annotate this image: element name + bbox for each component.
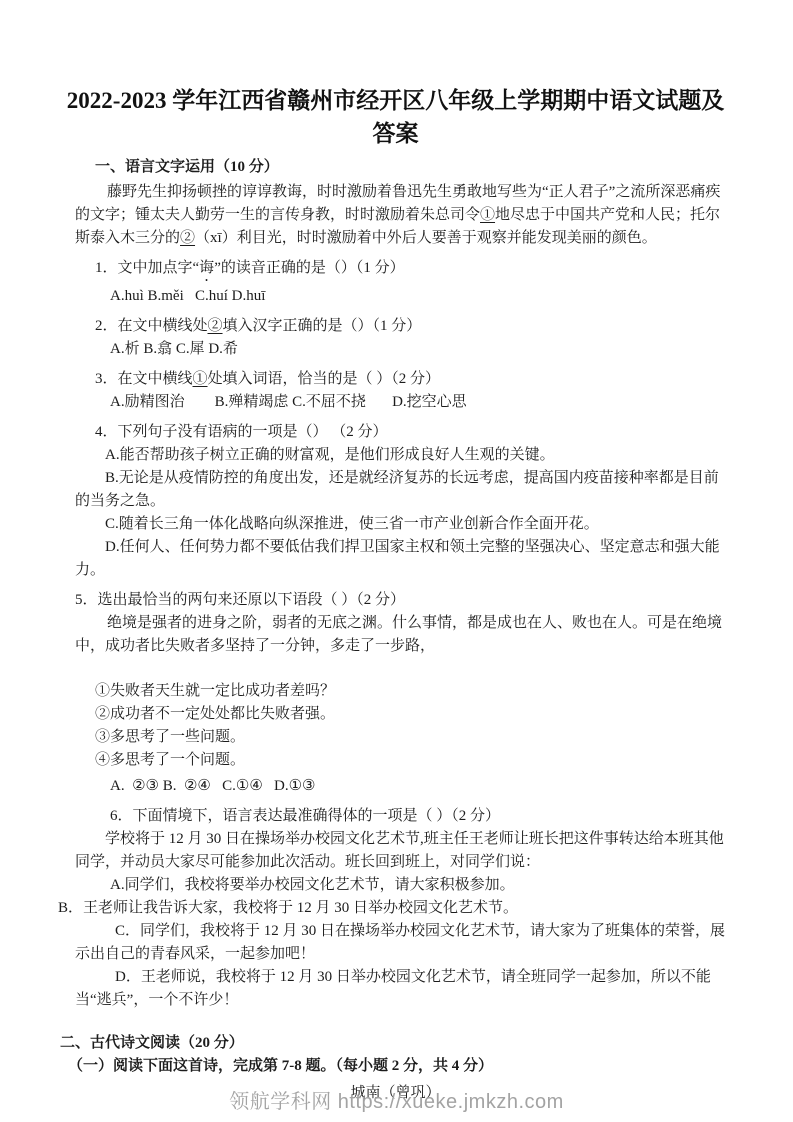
question-3-stem-post: 处填入词语，恰当的是（ ）（2 分） xyxy=(208,371,441,387)
question-6-passage: 学校将于 12 月 30 日在操场举办校园文化艺术节,班主任王老师让班长把这件事… xyxy=(75,828,733,874)
intro-paragraph: 藤野先生抑扬顿挫的谆谆教诲，时时激励着鲁迅先生勇敢地写些为“正人君子”之流所深恶… xyxy=(75,181,733,250)
document-page: 2022-2023 学年江西省赣州市经开区八年级上学期期中语文试题及答案 一、语… xyxy=(0,0,793,1122)
question-3: 3．在文中横线①处填入词语，恰当的是（ ）（2 分） A.励精图治 B.殚精竭虑… xyxy=(58,368,733,414)
question-5-item-3: ③多思考了一些问题。 xyxy=(95,726,733,749)
question-6-option-d: D．王老师说，我校将于 12 月 30 日举办校园文化艺术节，请全班同学一起参加… xyxy=(75,966,733,1012)
page-title: 2022-2023 学年江西省赣州市经开区八年级上学期期中语文试题及答案 xyxy=(64,84,727,150)
question-6-option-a: A.同学们，我校将要举办校园文化艺术节，请大家积极参加。 xyxy=(110,874,733,897)
question-5-item-1: ①失败者天生就一定比成功者差吗？ xyxy=(95,680,733,703)
question-2-blank: ② xyxy=(208,318,223,334)
question-3-options: A.励精图治 B.殚精竭虑 C.不屈不挠 D.挖空心思 xyxy=(110,391,733,414)
question-1-stem: 1．文中加点字“诲”的读音正确的是（）（1 分） xyxy=(95,257,733,285)
question-3-stem-pre: 3．在文中横线 xyxy=(95,371,193,387)
question-4-option-d: D.任何人、任何势力都不要低估我们捍卫国家主权和领土完整的坚强决心、坚定意志和强… xyxy=(75,536,733,582)
question-1-dotted-char: 诲 xyxy=(199,260,214,276)
question-5-item-2: ②成功者不一定处处都比失败者强。 xyxy=(95,703,733,726)
question-2-options: A.析 B.翕 C.犀 D.希 xyxy=(110,338,733,361)
question-3-stem: 3．在文中横线①处填入词语，恰当的是（ ）（2 分） xyxy=(95,368,733,391)
section2-heading: 二、古代诗文阅读（20 分） xyxy=(60,1032,733,1055)
watermark: 领航学科网 https://xueke.jmkzh.com xyxy=(0,1091,793,1114)
question-6-option-c: C．同学们，我校将于 12 月 30 日在操场举办校园文化艺术节，请大家为了班集… xyxy=(75,920,733,966)
section1-heading: 一、语言文字运用（10 分） xyxy=(95,156,733,179)
question-3-blank: ① xyxy=(193,371,208,387)
intro-blank-1: ① xyxy=(480,207,495,223)
question-2-stem: 2．在文中横线处②填入汉字正确的是（）（1 分） xyxy=(95,315,733,338)
question-1-options: A.huì B.měi C.huí D.huī xyxy=(110,285,733,308)
question-5-passage: 绝境是强者的进身之阶，弱者的无底之渊。什么事情，都是成也在人、败也在人。可是在绝… xyxy=(75,612,733,658)
question-6: 6．下面情境下，语言表达最准确得体的一项是（ ）（2 分） 学校将于 12 月 … xyxy=(58,805,733,1012)
section2-sub-heading: （一）阅读下面这首诗，完成第 7-8 题。（每小题 2 分，共 4 分） xyxy=(68,1055,733,1078)
question-1-stem-post: ”的读音正确的是（）（1 分） xyxy=(214,260,404,276)
question-1: 1．文中加点字“诲”的读音正确的是（）（1 分） A.huì B.měi C.h… xyxy=(58,257,733,308)
question-6-stem: 6．下面情境下，语言表达最准确得体的一项是（ ）（2 分） xyxy=(110,805,733,828)
question-5-item-4: ④多思考了一个问题。 xyxy=(95,749,733,772)
question-4-option-a: A.能否帮助孩子树立正确的财富观，是他们形成良好人生观的关键。 xyxy=(75,444,733,467)
question-2-stem-pre: 2．在文中横线处 xyxy=(95,318,208,334)
question-1-stem-pre: 1．文中加点字“ xyxy=(95,260,199,276)
question-6-option-b: B．王老师让我告诉大家，我校将于 12 月 30 日举办校园文化艺术节。 xyxy=(58,897,733,920)
intro-text-3: （xī）利目光，时时激励着中外后人要善于观察并能发现美丽的颜色。 xyxy=(195,230,657,246)
question-5-options: A. ②③ B. ②④ C.①④ D.①③ xyxy=(110,775,733,798)
question-4-stem: 4．下列句子没有语病的一项是（） （2 分） xyxy=(95,421,733,444)
question-5: 5．选出最恰当的两句来还原以下语段（ ）（2 分） 绝境是强者的进身之阶，弱者的… xyxy=(58,589,733,798)
question-2: 2．在文中横线处②填入汉字正确的是（）（1 分） A.析 B.翕 C.犀 D.希 xyxy=(58,315,733,361)
question-2-stem-post: 填入汉字正确的是（）（1 分） xyxy=(223,318,422,334)
question-4-option-b: B.无论是从疫情防控的角度出发，还是就经济复苏的长远考虑，提高国内疫苗接种率都是… xyxy=(75,467,733,513)
spacer xyxy=(58,1012,733,1032)
intro-blank-2: ② xyxy=(180,230,195,246)
question-5-stem: 5．选出最恰当的两句来还原以下语段（ ）（2 分） xyxy=(75,589,733,612)
spacer xyxy=(58,658,733,680)
question-4-option-c: C.随着长三角一体化战略向纵深推进，使三省一市产业创新合作全面开花。 xyxy=(75,513,733,536)
question-4: 4．下列句子没有语病的一项是（） （2 分） A.能否帮助孩子树立正确的财富观，… xyxy=(58,421,733,582)
